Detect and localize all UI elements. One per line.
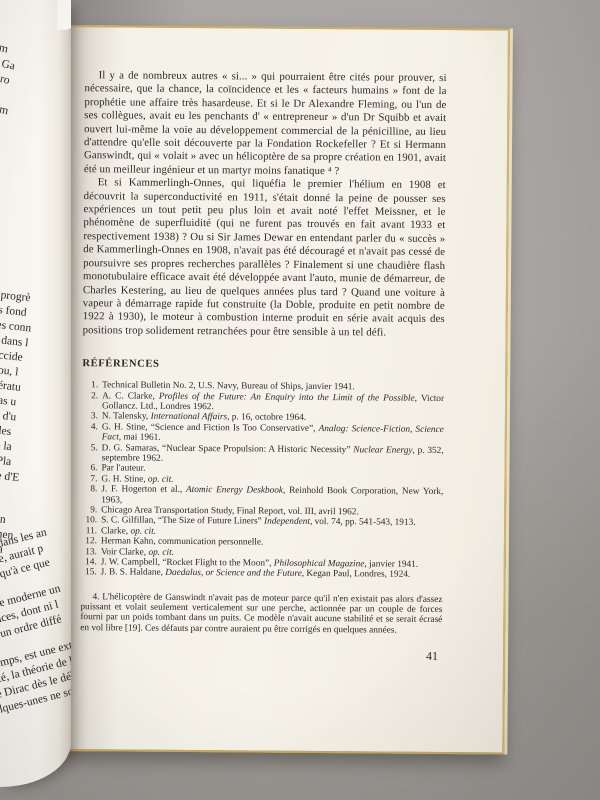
book-right-page: Il y a de nombreux autres « si... » qui …	[57, 25, 510, 754]
reference-number: 5.	[82, 443, 102, 454]
book-photo: Il y a de nombreux autres « si... » qui …	[0, 0, 600, 800]
reference-text: N. Talensky,	[102, 412, 151, 422]
body-paragraph: Et si Kammerlingh-Onnes, qui liquéfia le…	[83, 176, 446, 340]
reference-title: op. cit.	[148, 547, 174, 557]
left-page-text-top: ion fausse intémdue par Dennis Galiaison…	[0, 26, 71, 261]
reference-number: 13.	[81, 547, 101, 558]
reference-title: op. cit.	[148, 474, 174, 484]
reference-number: 9.	[81, 505, 101, 516]
page-number: 41	[80, 646, 438, 664]
reference-text: , vol. 74, pp. 541-543, 1913.	[310, 517, 416, 528]
reference-text: , Kegan Paul, Londres, 1924.	[302, 569, 411, 580]
reference-number: 11.	[81, 526, 101, 537]
reference-title: Philosophical Magazine	[274, 559, 365, 570]
reference-text: Voir Clarke,	[101, 547, 149, 557]
reference-item: 5.D. G. Samaras, “Nuclear Space Propulsi…	[82, 443, 444, 467]
reference-text: Clarke,	[101, 526, 131, 536]
reference-number: 1.	[82, 380, 102, 391]
reference-number: 2.	[82, 391, 102, 402]
reference-text: , janvier 1941.	[364, 559, 418, 569]
reference-text: J. F. Hogerton et al.,	[101, 485, 186, 496]
reference-number: 10.	[81, 516, 101, 527]
references-list: 1.Technical Bulletin No. 2, U.S. Navy, B…	[81, 380, 445, 581]
reference-title: Nuclear Energy	[353, 445, 412, 455]
page-content: Il y a de nombreux autres « si... » qui …	[80, 69, 447, 664]
reference-title: op. cit.	[130, 526, 156, 536]
reference-text: , p. 16, octobre 1964.	[227, 413, 306, 424]
body-paragraph: Il y a de nombreux autres « si... » qui …	[84, 69, 447, 179]
reference-number: 4.	[82, 422, 102, 433]
reference-number: 12.	[81, 536, 101, 547]
footnote: 4. L'hélicoptère de Ganswindt n'avait pa…	[80, 592, 442, 636]
reference-title: Daedalus, or Science and the Future	[165, 568, 302, 579]
reference-number: 7.	[81, 474, 101, 485]
page-curl	[57, 0, 71, 30]
reference-text: S. C. Gilfillan, “The Size of Future Lin…	[101, 516, 264, 527]
reference-item: 4.G. H. Stine, “Science and Fiction Is T…	[82, 422, 444, 446]
reference-number: 8.	[81, 484, 101, 495]
reference-text: Par l'auteur.	[101, 464, 145, 474]
reference-item: 8.J. F. Hogerton et al., Atomic Energy D…	[81, 484, 443, 508]
reference-number: 15.	[81, 568, 101, 579]
reference-title: Atomic Energy Deskbook	[186, 485, 283, 496]
body-paragraphs: Il y a de nombreux autres « si... » qui …	[83, 69, 447, 340]
reference-text: G. H. Stine,	[101, 474, 148, 484]
reference-number: 14.	[81, 557, 101, 568]
reference-text: J. B. S. Haldane,	[101, 568, 166, 579]
reference-text: Herman Kahn, communication personnelle.	[101, 537, 263, 548]
reference-title: International Affairs	[151, 412, 228, 423]
reference-item: 15.J. B. S. Haldane, Daedalus, or Scienc…	[81, 568, 443, 581]
references-heading: RÉFÉRENCES	[82, 358, 444, 372]
reference-text: A. C. Clarke,	[102, 391, 159, 401]
reference-title: Independent	[264, 517, 310, 527]
reference-text: , mai 1961.	[119, 433, 161, 443]
book-left-page: ion fausse intémdue par Dennis Galiaison…	[0, 0, 71, 787]
reference-number: 6.	[81, 464, 101, 475]
reference-number: 3.	[82, 412, 102, 423]
